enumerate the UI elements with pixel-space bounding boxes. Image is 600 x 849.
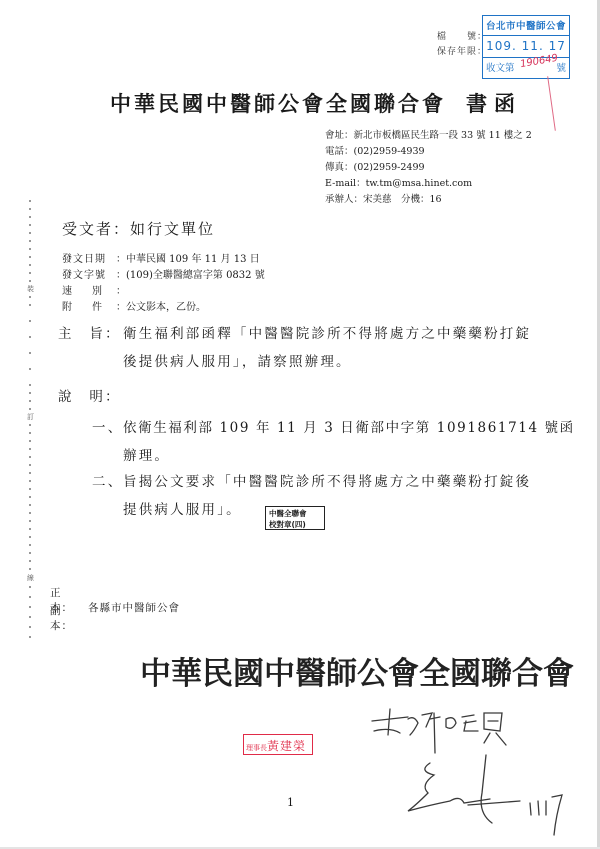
copy-recipient-label: 副 本：	[50, 603, 88, 633]
contact-email: E-mail：tw.tm@msa.hinet.com	[325, 175, 472, 189]
main-recipient-value: 各縣市中醫師公會	[88, 602, 180, 614]
receipt-stamp-received-label: 收文第	[486, 60, 515, 74]
page-number: 1	[287, 796, 294, 809]
receipt-stamp-org: 台北市中醫師公會	[483, 18, 569, 32]
proofreading-stamp-line-2: 校對章(四)	[269, 519, 324, 530]
explanation-item-1-marker: 一、	[92, 416, 123, 436]
subject-line-2: 後提供病人服用」，請察照辦理。	[123, 350, 352, 370]
explanation-item-1-line-2: 辦理。	[123, 444, 170, 464]
copy-recipient-row: 副 本：	[50, 603, 88, 633]
handwritten-signature	[360, 705, 600, 845]
receipt-stamp-date: 109. 11. 17	[483, 39, 569, 53]
speed-label: 速 別	[62, 282, 116, 297]
explanation-item-2-line-1: 旨揭公文要求「中醫醫院診所不得將處方之中藥藥粉打錠後	[123, 470, 531, 490]
margin-mark-stitch: 訂	[27, 412, 34, 422]
pen-stroke	[547, 76, 556, 131]
issue-date-label: 發文日期	[62, 250, 116, 265]
subject-label: 主 旨：	[58, 322, 121, 342]
recipient: 受文者：如行文單位	[62, 218, 215, 239]
binding-margin: 裝 訂 線	[27, 200, 33, 640]
explanation-label: 說 明：	[58, 385, 121, 405]
issue-date-value: ：中華民國 109 年 11 月 13 日	[116, 254, 260, 265]
proofreading-stamp: 中醫全聯會 校對章(四)	[265, 506, 325, 530]
explanation-item-1-line-1: 依衛生福利部 109 年 11 月 3 日衛部中字第 1091861714 號函	[123, 416, 575, 436]
contact-handler: 承辦人：宋美慈 分機：16	[325, 191, 442, 205]
reference-number-label: 發文字號	[62, 266, 116, 281]
proofreading-stamp-line-1: 中醫全聯會	[269, 508, 324, 519]
explanation-item-2-line-2: 提供病人服用」。	[123, 498, 242, 518]
explanation-item-2-marker: 二、	[92, 470, 123, 490]
reference-number-row: 發文字號：(109)全聯醫總富字第 0832 號	[62, 266, 265, 281]
speed-row: 速 別：	[62, 282, 126, 297]
speed-value: ：	[116, 286, 126, 297]
attachment-value: ：公文影本，乙份。	[116, 302, 206, 313]
contact-phone: 電話：(02)2959-4939	[325, 143, 425, 157]
retention-period-label: 保存年限：	[437, 44, 487, 57]
contact-address: 會址：新北市板橋區民生路一段 33 號 11 樓之 2	[325, 127, 532, 141]
document-type: 書函	[466, 88, 522, 118]
chairman-stamp: 理事長黃建榮	[243, 734, 313, 755]
subject-line-1: 衛生福利部函釋「中醫醫院診所不得將處方之中藥藥粉打錠	[123, 322, 531, 342]
issue-date-row: 發文日期：中華民國 109 年 11 月 13 日	[62, 250, 260, 265]
chairman-title: 理事長	[246, 744, 267, 752]
margin-mark-line: 線	[27, 573, 34, 583]
file-number-label: 檔 號：	[437, 29, 487, 42]
attachment-row: 附 件：公文影本，乙份。	[62, 298, 206, 313]
document-title: 中華民國中醫師公會全國聯合會	[110, 88, 446, 118]
contact-fax: 傳真：(02)2959-2499	[325, 159, 425, 173]
attachment-label: 附 件	[62, 298, 116, 313]
organization-seal: 中華民國中醫師公會全國聯合會	[140, 648, 574, 693]
chairman-name: 黃建榮	[267, 739, 306, 753]
margin-mark-bind: 裝	[27, 284, 34, 294]
reference-number-value: ：(109)全聯醫總富字第 0832 號	[116, 270, 265, 281]
